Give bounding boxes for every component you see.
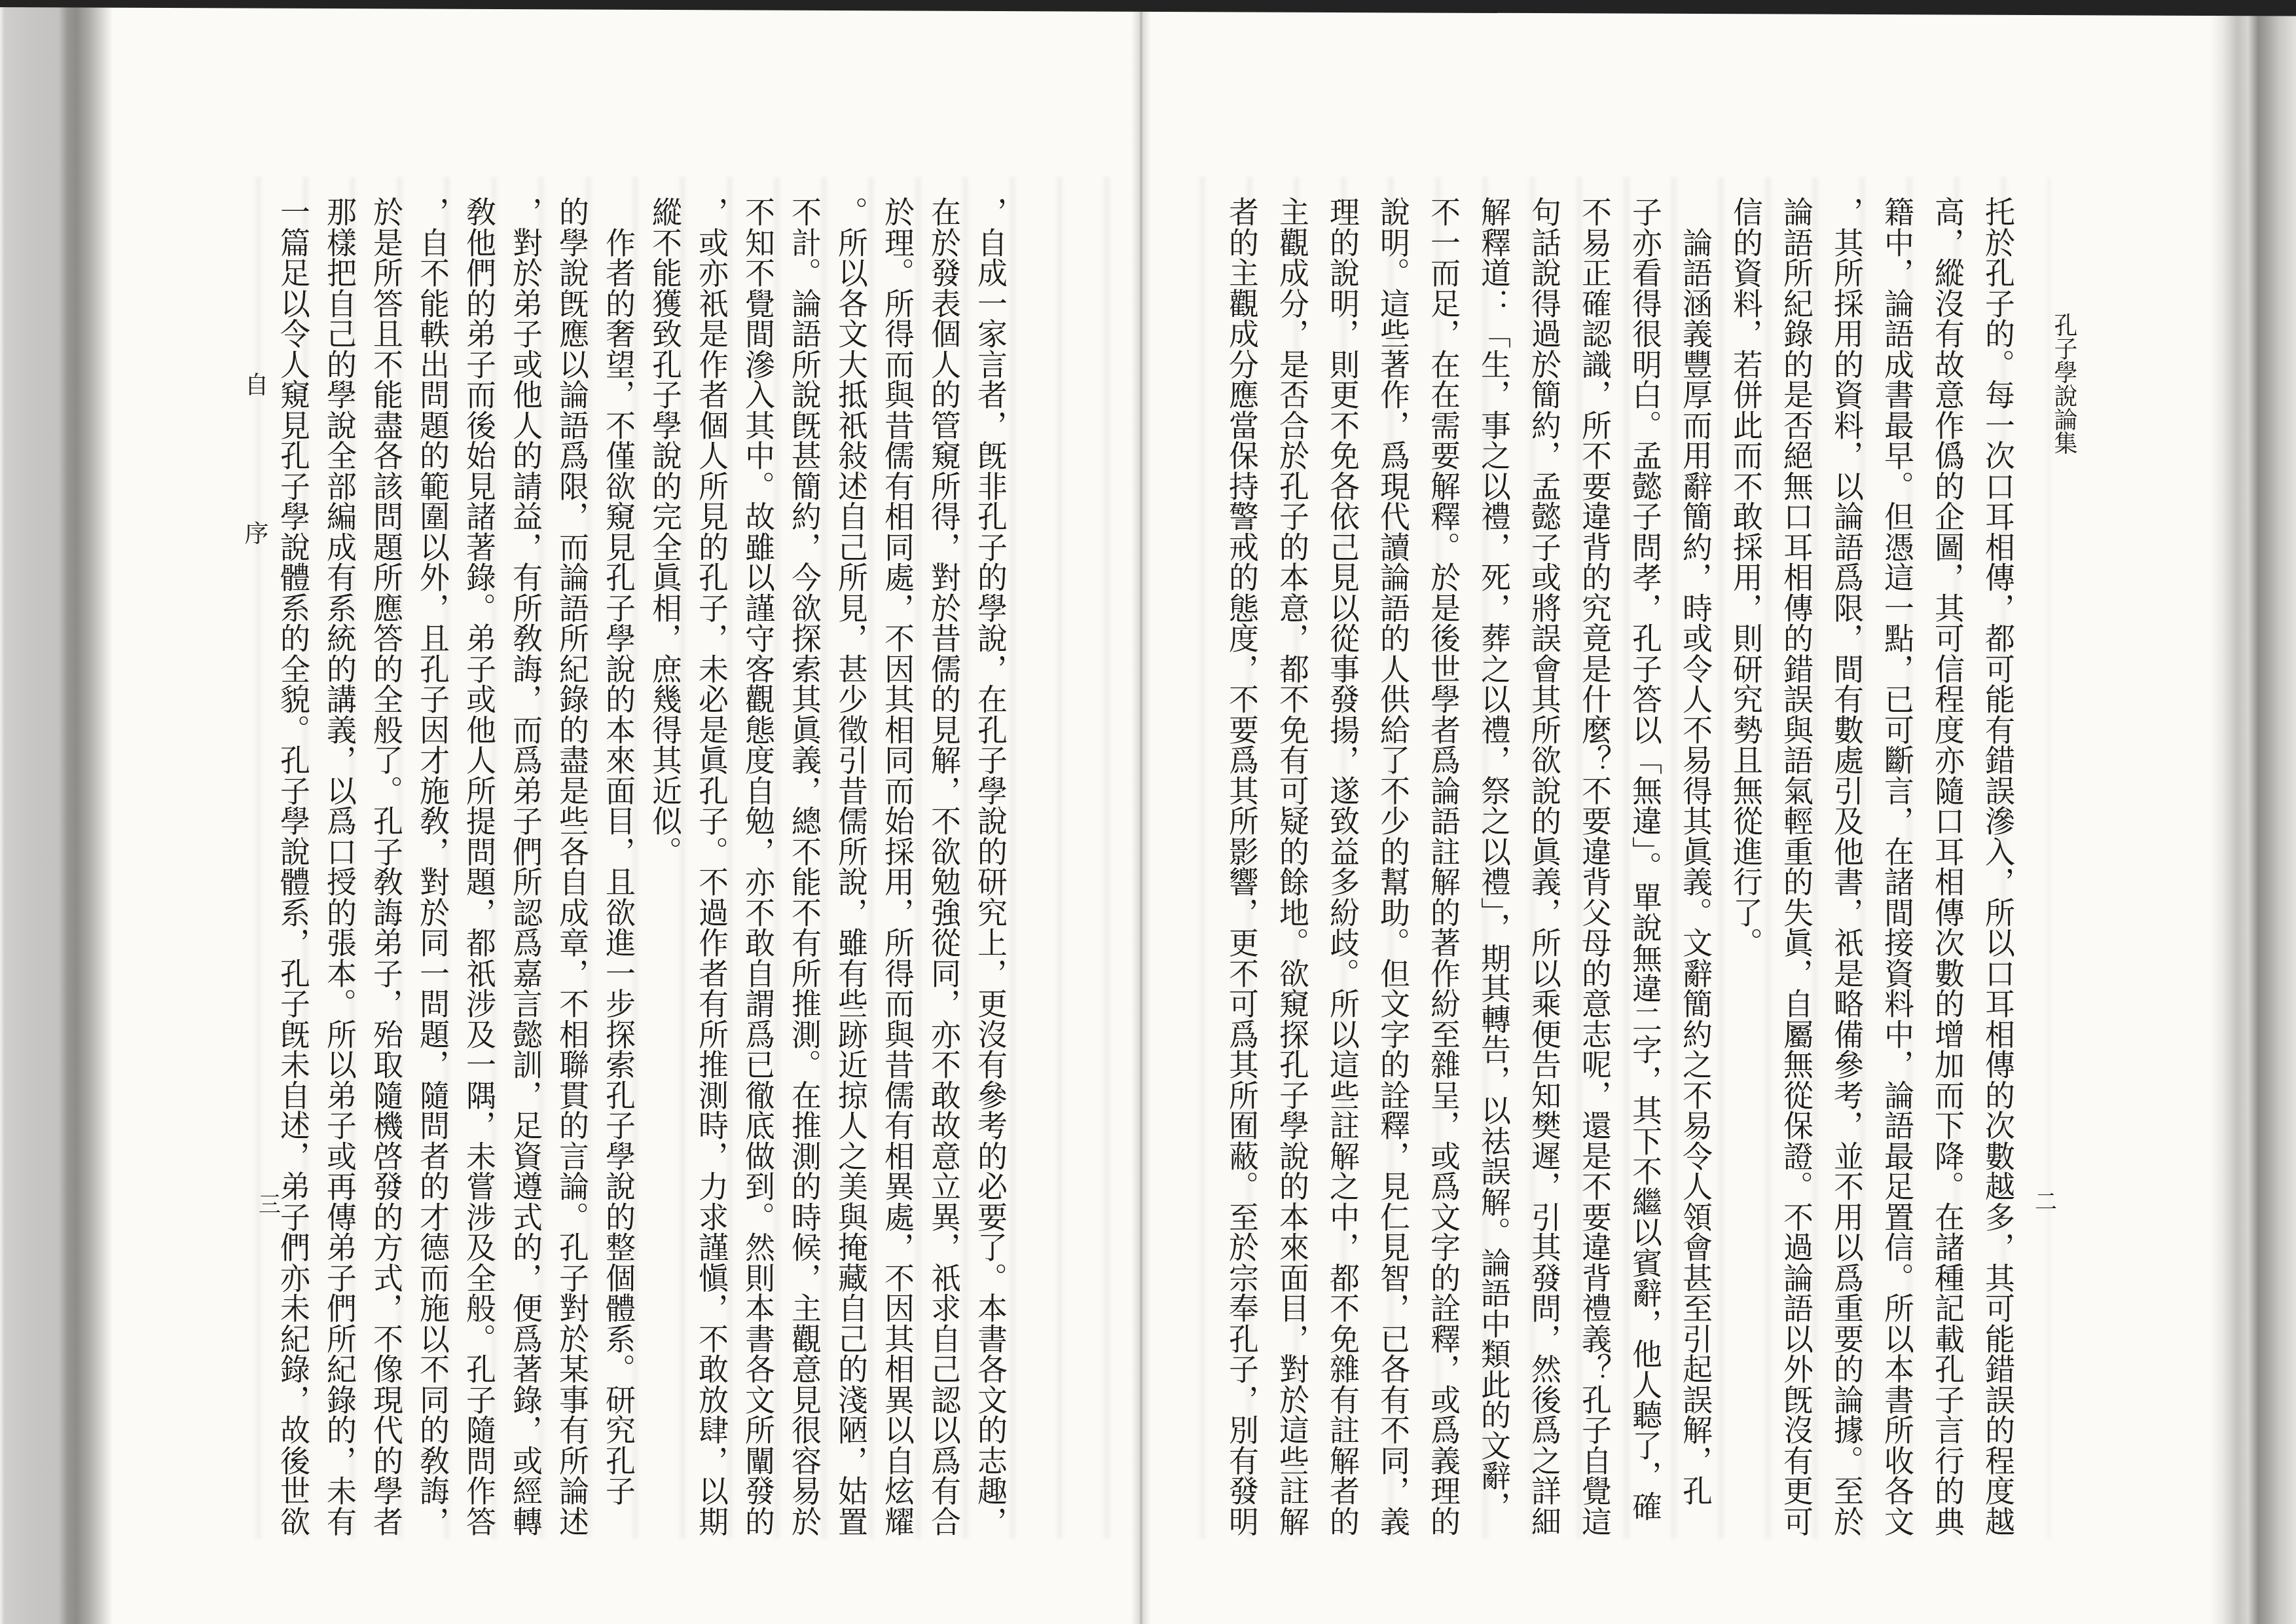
running-title: 孔子學說論集 [2050,313,2078,454]
text-column: 托於孔子的。每一次口耳相傳，都可能有錯誤滲入，所以口耳相傳的次數越多，其可能錯誤… [1973,196,2023,1526]
text-column: ，對於弟子或他人的請益，有所敎誨，而爲弟子們所認爲嘉言懿訓，足資遵式的，便爲著錄… [502,196,549,1526]
text-column: 說明。這些著作，爲現代讀論語的人供給了不少的幫助。但文字的詮釋，見仁見智，已各有… [1368,196,1418,1526]
text-column: 那樣把自己的學說全部編成有系統的講義，以爲口授的張本。所以弟子或再傳弟子們所紀錄… [316,196,363,1526]
book-spread-scan: 自序 ，自成一家言者，旣非孔子的學說，在孔子學說的研究上，更沒有參考的必要了。本… [0,0,2296,1624]
page-number-left: 三 [259,1194,281,1217]
text-column: 論語涵義豐厚而用辭簡約，時或令人不易得其眞義。文辭簡約之不易令人領會甚至引起誤解… [1670,196,1721,1526]
text-column: 的學說旣應以論語爲限，而論語所紀錄的盡是些各自成章，不相聯貫的言論。孔子對於某事… [549,196,595,1526]
page-left: 自序 ，自成一家言者，旣非孔子的學說，在孔子學說的研究上，更沒有參考的必要了。本… [92,0,1140,1624]
text-column: 理的說明，則更不免各依己見以從事發揚，遂致益多紛歧。所以這些註解之中，都不免雜有… [1317,196,1368,1526]
text-column: 在於發表個人的管窺所得，對於昔儒的見解，不欲勉強從同，亦不敢故意立異，祇求自己認… [920,196,967,1526]
text-column: 不一而足，在在需要解釋。於是後世學者爲論語註解的著作紛至雜呈，或爲文字的詮釋，或… [1418,196,1468,1526]
page-text-left: ，自成一家言者，旣非孔子的學說，在孔子學說的研究上，更沒有參考的必要了。本書各文… [270,196,1013,1526]
text-column: 。所以各文大抵祇敍述自己所見，甚少徵引昔儒所說，雖有些跡近掠人之美與掩藏自己的淺… [828,196,874,1526]
text-column: ，自不能軼出問題的範圍以外，且孔子因才施敎，對於同一問題，隨問者的才德而施以不同… [409,196,456,1526]
text-column: 高，縱沒有故意作僞的企圖，其可信程度亦隨口耳相傳次數的增加而下降。在諸種記載孔子… [1922,196,1973,1526]
text-column: 解釋道：「生，事之以禮，死，葬之以禮，祭之以禮」，期其轉告，以祛誤解。論語中類此… [1468,196,1519,1526]
text-column: 於是所答且不能盡各該問題所應答的全般了。孔子敎誨弟子，殆取隨機啓發的方式，不像現… [363,196,409,1526]
book-right-edge [2210,0,2296,1624]
text-column: 不易正確認識，所不要違背的究竟是什麼？不要違背父母的意志呢，還是不要違背禮義？孔… [1569,196,1620,1526]
text-column: 敎他們的弟子而後始見諸著錄。弟子或他人所提問題，都祇涉及一隅，未嘗涉及全般。孔子… [456,196,502,1526]
text-column: 子亦看得很明白。孟懿子問孝，孔子答以「無違」。單說無違二字，其下不繼以賓辭，他人… [1620,196,1670,1526]
text-column: 不知不覺間滲入其中。故雖以謹守客觀態度自勉，亦不敢自謂爲已徹底做到。然則本書各文… [735,196,781,1526]
page-text-right: 托於孔子的。每一次口耳相傳，都可能有錯誤滲入，所以口耳相傳的次數越多，其可能錯誤… [1216,196,2023,1526]
text-column: 籍中，論語成書最早。但憑這一點，已可斷言，在諸間接資料中，論語最足置信。所以本書… [1872,196,1922,1526]
text-column: ，自成一家言者，旣非孔子的學說，在孔子學說的研究上，更沒有參考的必要了。本書各文… [967,196,1013,1526]
text-column: 不計。論語所說旣甚簡約，今欲探索其眞義，總不能不有所推測。在推測的時候，主觀意見… [781,196,828,1526]
text-column: ，其所採用的資料，以論語爲限，間有數處引及他書，祇是略備參考，並不用以爲重要的論… [1821,196,1872,1526]
text-column: 論語所紀錄的是否絕無口耳相傳的錯誤與語氣輕重的失眞，自屬無從保證。不過論語以外旣… [1771,196,1821,1526]
text-column: 主觀成分，是否合於孔子的本意，都不免有可疑的餘地。欲窺探孔子學說的本來面目，對於… [1267,196,1317,1526]
text-column: 於理。所得而與昔儒有相同處，不因其相同而始採用，所得而與昔儒有相異處，不因其相異… [874,196,920,1526]
text-column: 句話說得過於簡約，孟懿子或將誤會其所欲說的眞義，所以乘便告知樊遲，引其發問，然後… [1519,196,1569,1526]
page-right: 孔子學說論集 托於孔子的。每一次口耳相傳，都可能有錯誤滲入，所以口耳相傳的次數越… [1140,0,2214,1624]
section-title: 自序 [238,372,268,765]
text-column: ，或亦祇是作者個人所見的孔子，未必是眞孔子。不過作者有所推測時，力求謹愼，不敢放… [688,196,735,1526]
text-column: 者的主觀成分應當保持警戒的態度，不要爲其所影響，更不可爲其所囿蔽。至於宗奉孔子，… [1216,196,1267,1526]
text-column: 縱不能獲致孔子學說的完全眞相，庶幾得其近似。 [642,196,688,1526]
text-column: 信的資料，若併此而不敢採用，則研究勢且無從進行了。 [1721,196,1771,1526]
text-column: 作者的奢望，不僅欲窺見孔子學說的本來面目，且欲進一步探索孔子學說的整個體系。研究… [595,196,642,1526]
text-column: 一篇足以令人窺見孔子學說體系的全貌。孔子學說體系，孔子旣未自述，弟子們亦未紀錄，… [270,196,316,1526]
page-number-right: 二 [2035,1192,2057,1214]
